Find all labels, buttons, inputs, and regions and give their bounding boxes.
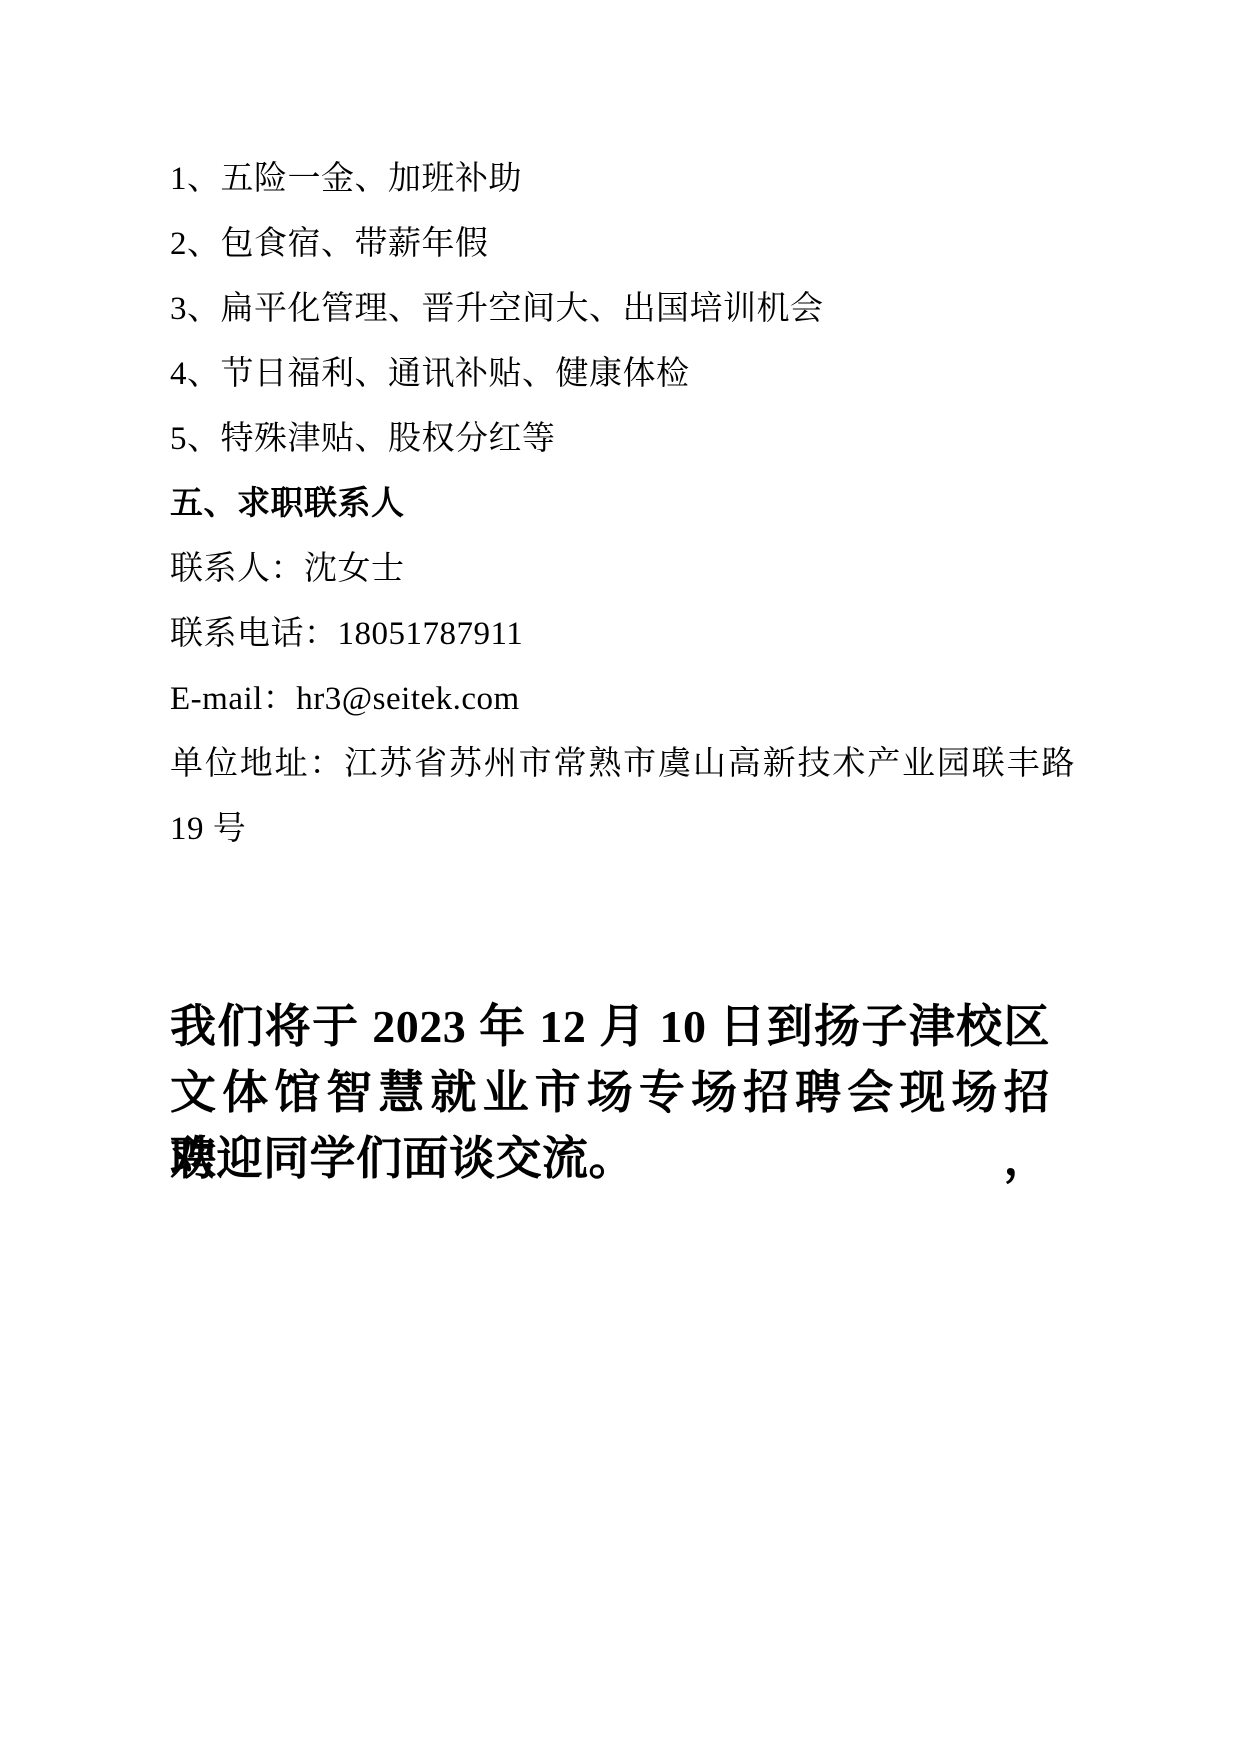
document-body: 1、五险一金、加班补助 2、包食宿、带薪年假 3、扁平化管理、晋升空间大、出国培… bbox=[170, 147, 1075, 862]
benefit-item-4: 4、节日福利、通讯补贴、健康体检 bbox=[170, 342, 1075, 407]
contact-phone-line: 联系电话：18051787911 bbox=[170, 602, 1075, 667]
benefit-item-3: 3、扁平化管理、晋升空间大、出国培训机会 bbox=[170, 277, 1075, 342]
announcement-line-2: 文体馆智慧就业市场专场招聘会现场招聘， bbox=[170, 1060, 1050, 1126]
document-page: 1、五险一金、加班补助 2、包食宿、带薪年假 3、扁平化管理、晋升空间大、出国培… bbox=[0, 0, 1241, 1755]
address-line-1: 单位地址：江苏省苏州市常熟市虞山高新技术产业园联丰路 bbox=[170, 732, 1075, 797]
address-line-2: 19 号 bbox=[170, 797, 1075, 862]
announcement-paragraph: 我们将于 2023 年 12 月 10 日到扬子津校区 文体馆智慧就业市场专场招… bbox=[170, 994, 1050, 1192]
announcement-line-1: 我们将于 2023 年 12 月 10 日到扬子津校区 bbox=[170, 994, 1050, 1060]
benefit-item-1: 1、五险一金、加班补助 bbox=[170, 147, 1075, 212]
benefit-item-5: 5、特殊津贴、股权分红等 bbox=[170, 407, 1075, 472]
section-heading-contact: 五、求职联系人 bbox=[170, 472, 1075, 537]
contact-person-line: 联系人：沈女士 bbox=[170, 537, 1075, 602]
benefit-item-2: 2、包食宿、带薪年假 bbox=[170, 212, 1075, 277]
contact-email-line: E-mail：hr3@seitek.com bbox=[170, 667, 1075, 732]
